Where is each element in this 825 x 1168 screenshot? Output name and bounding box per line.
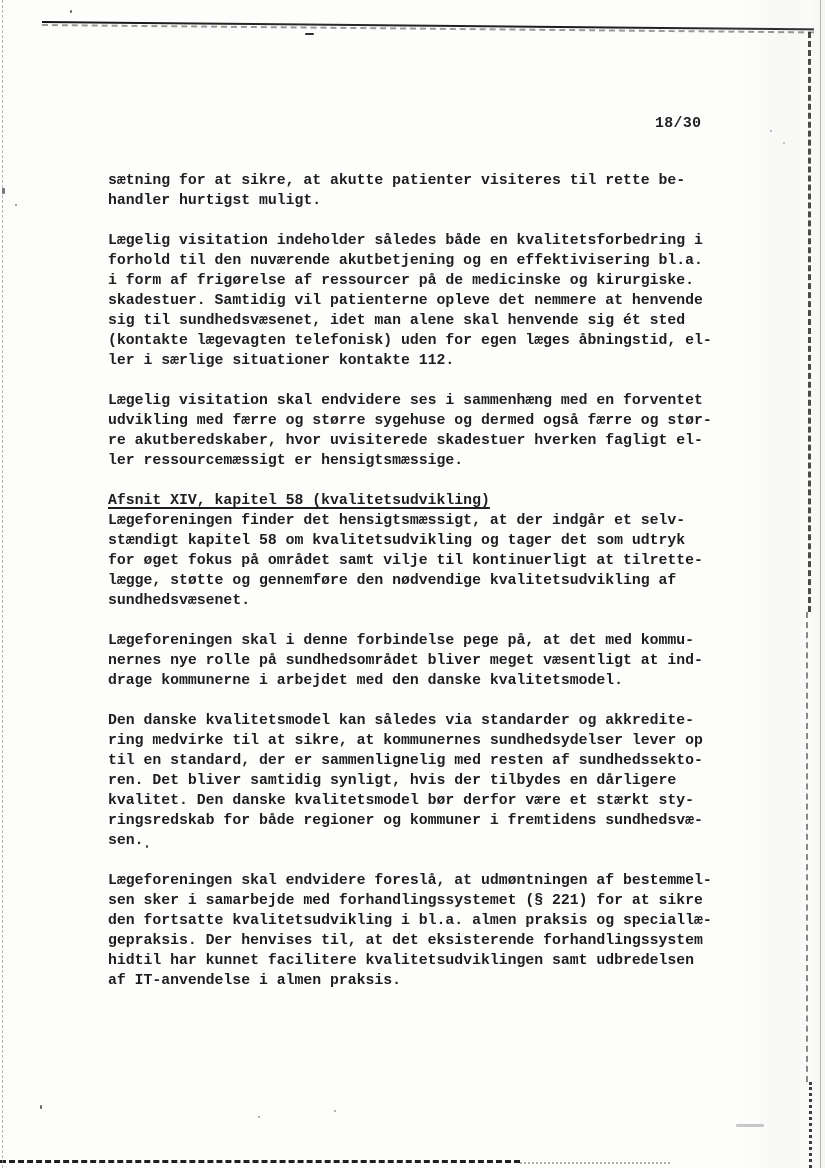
page-number: 18/30 xyxy=(655,116,701,132)
ink-speck xyxy=(258,1116,260,1118)
scan-left-edge-line xyxy=(2,0,3,1168)
paragraph-3: Lægelig visitation skal endvidere ses i … xyxy=(108,391,758,471)
ink-speck xyxy=(770,130,772,132)
ink-smudge xyxy=(736,1124,764,1127)
scan-right-edge-line-lower xyxy=(806,612,808,1082)
scan-bottom-edge-line xyxy=(0,1160,520,1163)
paragraph-6: Den danske kvalitetsmodel kan således vi… xyxy=(108,711,758,851)
ink-speck xyxy=(305,33,314,35)
ink-speck xyxy=(15,204,17,206)
section-heading: Afsnit XIV, kapitel 58 (kvalitetsudvikli… xyxy=(108,491,758,511)
ink-speck xyxy=(2,188,5,194)
ink-speck xyxy=(783,142,785,144)
ink-speck xyxy=(334,1110,336,1112)
scanned-document-page: 18/30 sætning for at sikre, at akutte pa… xyxy=(0,0,825,1168)
scan-right-edge-line-upper xyxy=(808,32,811,612)
scan-right-edge-line-corner xyxy=(809,1082,812,1168)
scan-top-edge-line xyxy=(42,21,814,33)
ink-speck xyxy=(40,1105,42,1109)
scan-bottom-edge-line-faint xyxy=(520,1162,670,1164)
paragraph-4: Lægeforeningen finder det hensigtsmæssig… xyxy=(108,511,758,611)
paragraph-5: Lægeforeningen skal i denne forbindelse … xyxy=(108,631,758,691)
paragraph-7: Lægeforeningen skal endvidere foreslå, a… xyxy=(108,871,758,991)
scan-right-hairline xyxy=(820,0,821,1168)
document-body: sætning for at sikre, at akutte patiente… xyxy=(108,171,758,1011)
paragraph-1: sætning for at sikre, at akutte patiente… xyxy=(108,171,758,211)
ink-speck xyxy=(70,10,72,13)
paragraph-2: Lægelig visitation indeholder således bå… xyxy=(108,231,758,371)
